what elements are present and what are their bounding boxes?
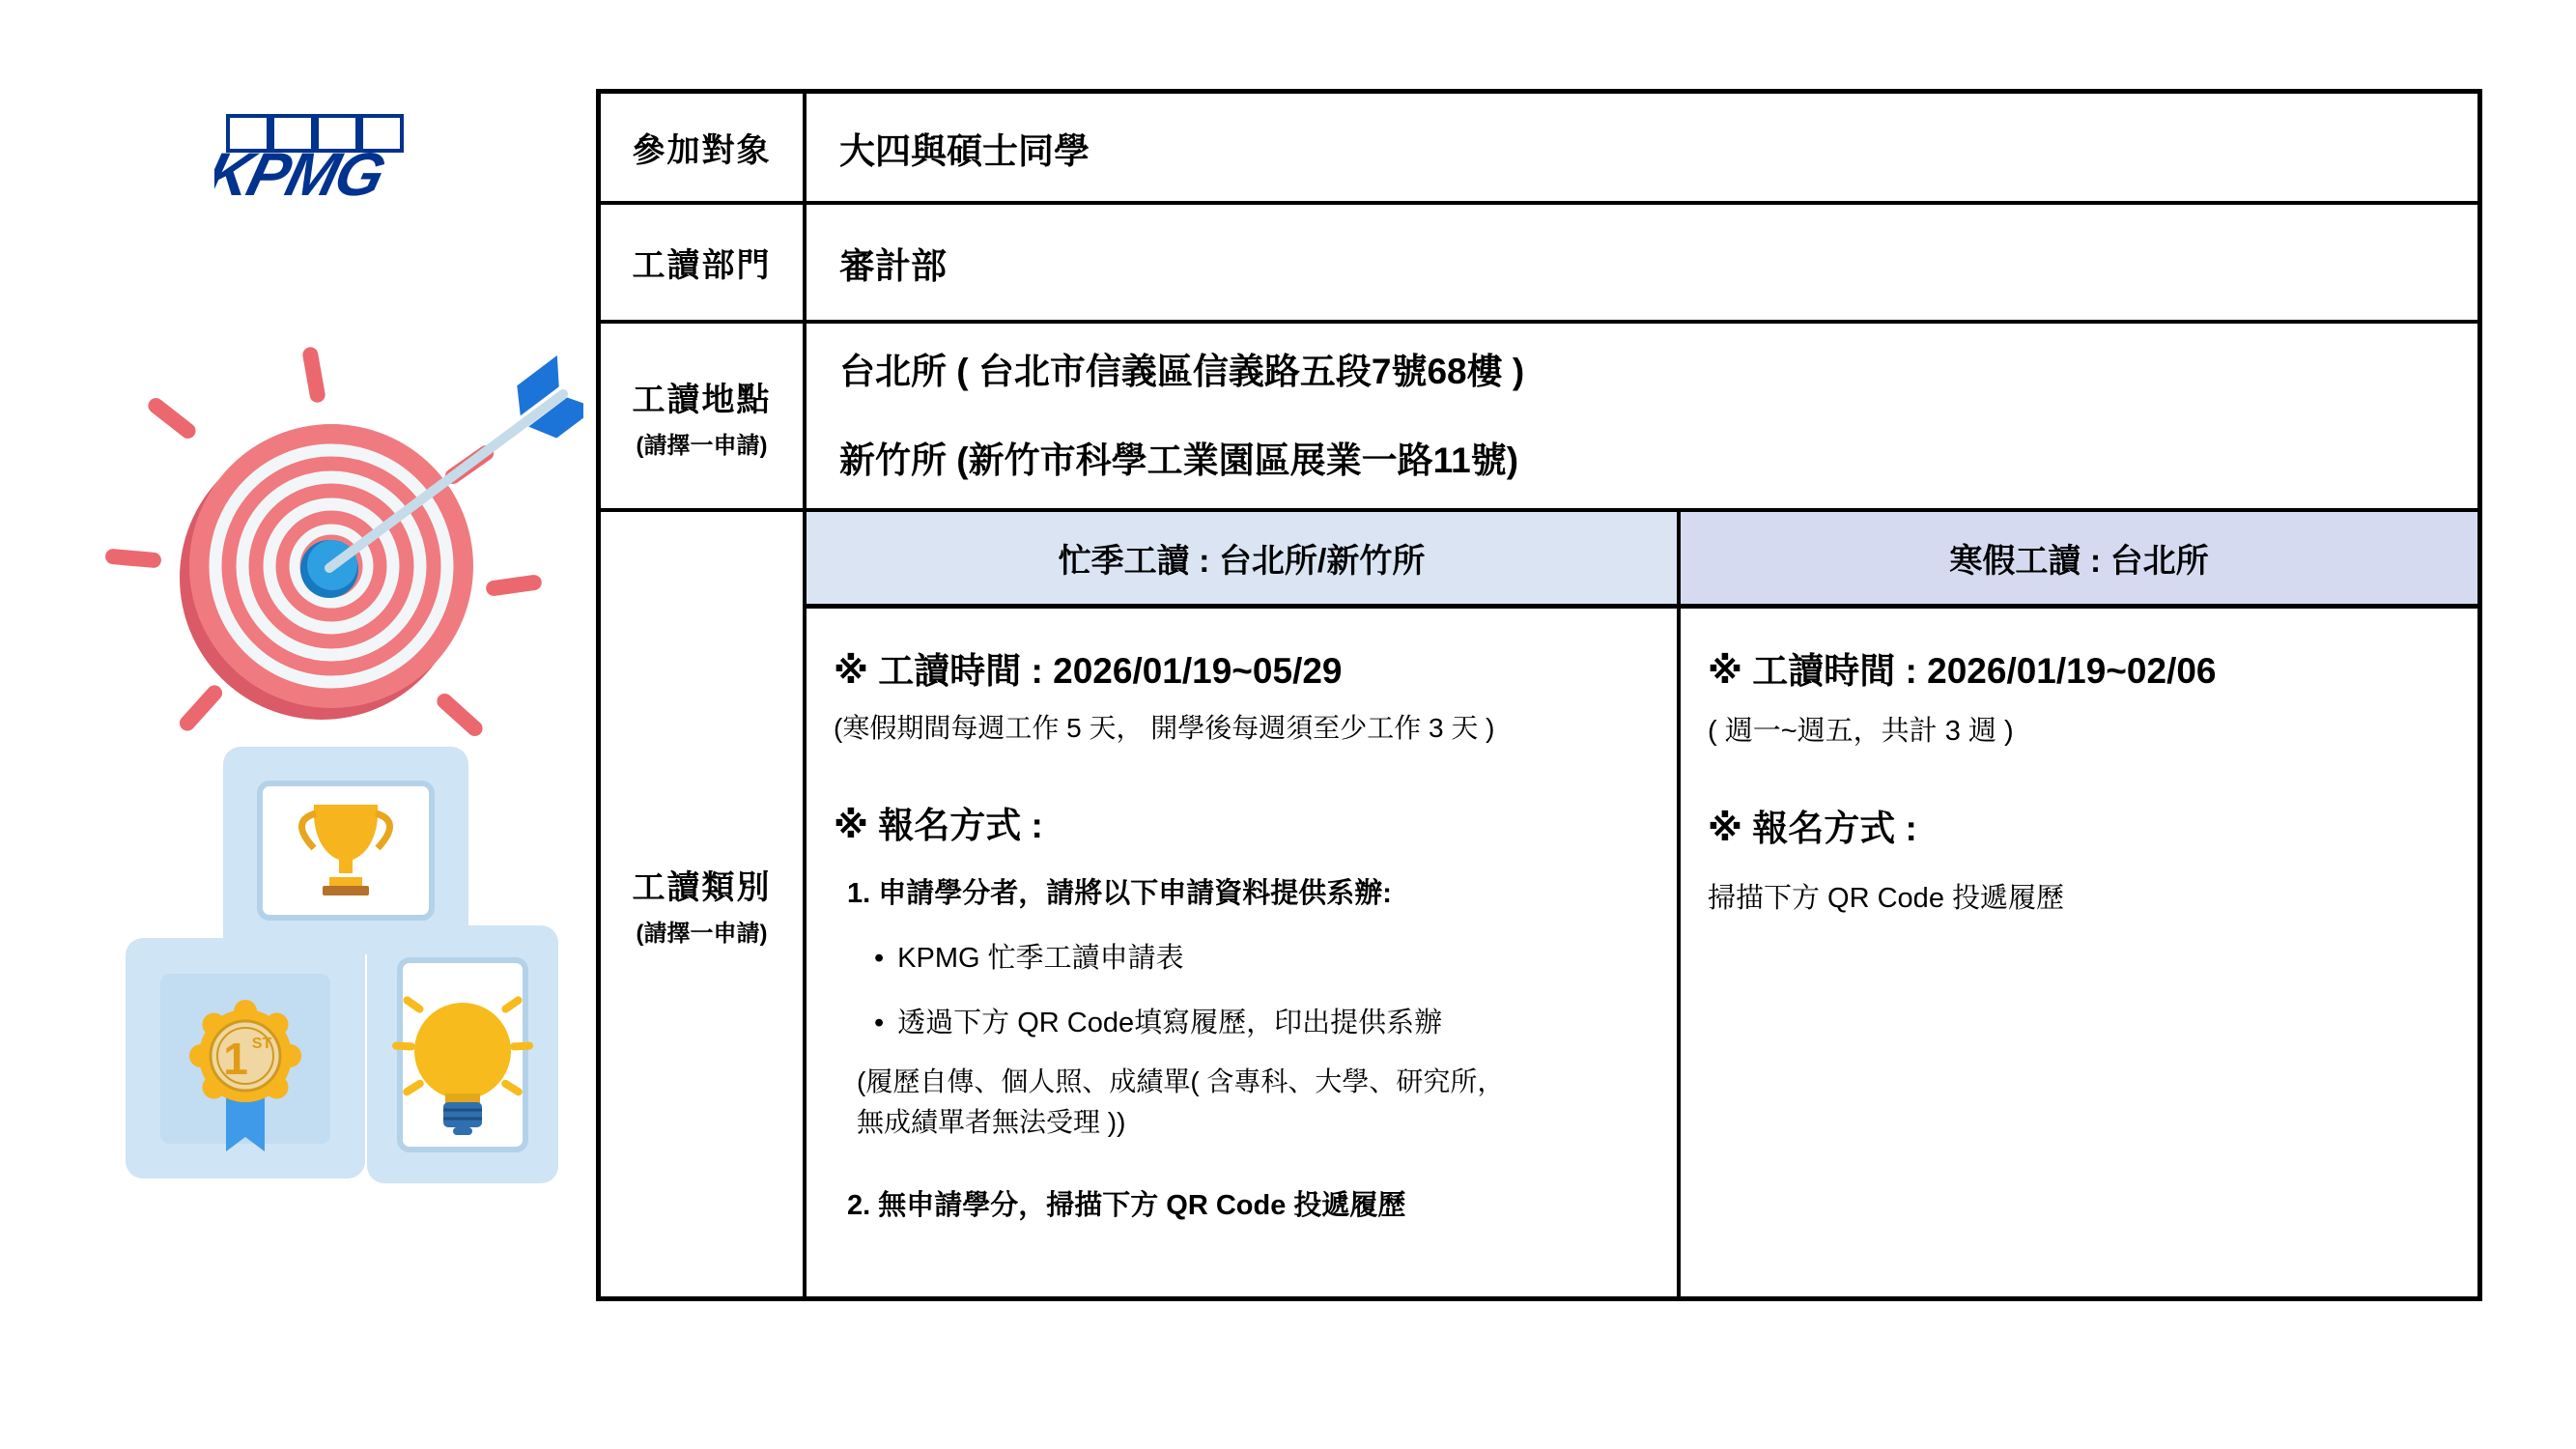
busy-step-2: 2. 無申請學分，掃描下方 QR Code 投遞履歷 (847, 1183, 1677, 1223)
busy-bullet-1-text: KPMG 忙季工讀申請表 (897, 943, 1183, 974)
busy-bullet-2-text: 透過下方 QR Code填寫履歷，印出提供系辦 (897, 1008, 1442, 1038)
label-category: 工讀類別 (請擇一申請) (601, 512, 807, 1296)
lightbulb-cube (367, 925, 558, 1183)
location-line-taipei: 台北所 ( 台北市信義區信義路五段7號68樓 ) (839, 327, 2477, 416)
medal-number: 1 (223, 1034, 248, 1084)
kpmg-logo: KPMG (214, 106, 421, 209)
label-participants-text: 參加對象 (633, 124, 772, 171)
label-location-sub: (請擇一申請) (637, 426, 768, 460)
medal-suffix: ST (252, 1036, 272, 1052)
winter-break-header: 寒假工讀 : 台北所 (1681, 512, 2477, 609)
winter-time-note: ( 週一~週五，共計 3 週 ) (1708, 709, 2477, 749)
busy-resume-note-line2: 無成績單者無法受理 )) (857, 1102, 1677, 1143)
location-line-hsinchu: 新竹所 (新竹市科學工業園區展業一路11號) (839, 416, 2477, 505)
busy-bullet-2: •透過下方 QR Code填寫履歷，印出提供系辦 (874, 1001, 1677, 1040)
medal-cube: 1 ST (126, 938, 365, 1179)
value-department-text: 審計部 (839, 237, 947, 289)
label-location: 工讀地點 (請擇一申請) (601, 324, 807, 512)
info-table: 參加對象 大四與碩士同學 工讀部門 審計部 工讀地點 (請擇一申請) 台北所 (… (596, 89, 2482, 1301)
value-location: 台北所 ( 台北市信義區信義路五段7號68樓 ) 新竹所 (新竹市科學工業園區展… (807, 324, 2477, 512)
value-participants: 大四與碩士同學 (807, 94, 2477, 205)
label-participants: 參加對象 (601, 94, 807, 205)
busy-season-header: 忙季工讀 : 台北所/新竹所 (807, 512, 1681, 609)
winter-apply-note: 掃描下方 QR Code 投遞履歷 (1708, 876, 2477, 916)
busy-resume-note-line1: (履歷自傳、個人照、成績單( 含專科、大學、研究所， (857, 1062, 1677, 1102)
kpmg-logo-text: KPMG (214, 140, 391, 209)
label-department-text: 工讀部門 (633, 239, 772, 286)
flyer-page: KPMG (0, 0, 2576, 1449)
bullet-icon: • (874, 1008, 884, 1038)
winter-time-title: ※ 工讀時間 : 2026/01/19~02/06 (1708, 641, 2477, 694)
label-category-sub: (請擇一申請) (637, 914, 768, 948)
winter-break-header-text: 寒假工讀 : 台北所 (1949, 534, 2208, 582)
value-department: 審計部 (807, 205, 2477, 324)
busy-time-title: ※ 工讀時間 : 2026/01/19~05/29 (834, 641, 1677, 694)
bullet-icon: • (874, 943, 884, 974)
busy-time-note: (寒假期間每週工作 5 天， 開學後每週須至少工作 3 天 ) (834, 707, 1677, 746)
label-department: 工讀部門 (601, 205, 807, 324)
busy-bullet-1: •KPMG 忙季工讀申請表 (874, 936, 1677, 976)
busy-resume-note: (履歷自傳、個人照、成績單( 含專科、大學、研究所， 無成績單者無法受理 )) (857, 1062, 1677, 1143)
busy-step-1: 1. 申請學分者，請將以下申請資料提供系辦: (847, 871, 1677, 911)
value-participants-text: 大四與碩士同學 (839, 122, 1090, 174)
label-category-text: 工讀類別 (633, 861, 772, 908)
trophy-cube (223, 747, 468, 954)
busy-apply-title: ※ 報名方式 : (834, 796, 1677, 848)
label-location-text: 工讀地點 (633, 373, 772, 420)
target-illustration: 1 ST (37, 317, 583, 1202)
busy-season-header-text: 忙季工讀 : 台北所/新竹所 (1059, 534, 1426, 582)
winter-apply-title: ※ 報名方式 : (1708, 799, 2477, 851)
winter-break-cell: ※ 工讀時間 : 2026/01/19~02/06 ( 週一~週五，共計 3 週… (1681, 609, 2477, 1296)
busy-season-cell: ※ 工讀時間 : 2026/01/19~05/29 (寒假期間每週工作 5 天，… (807, 609, 1681, 1296)
